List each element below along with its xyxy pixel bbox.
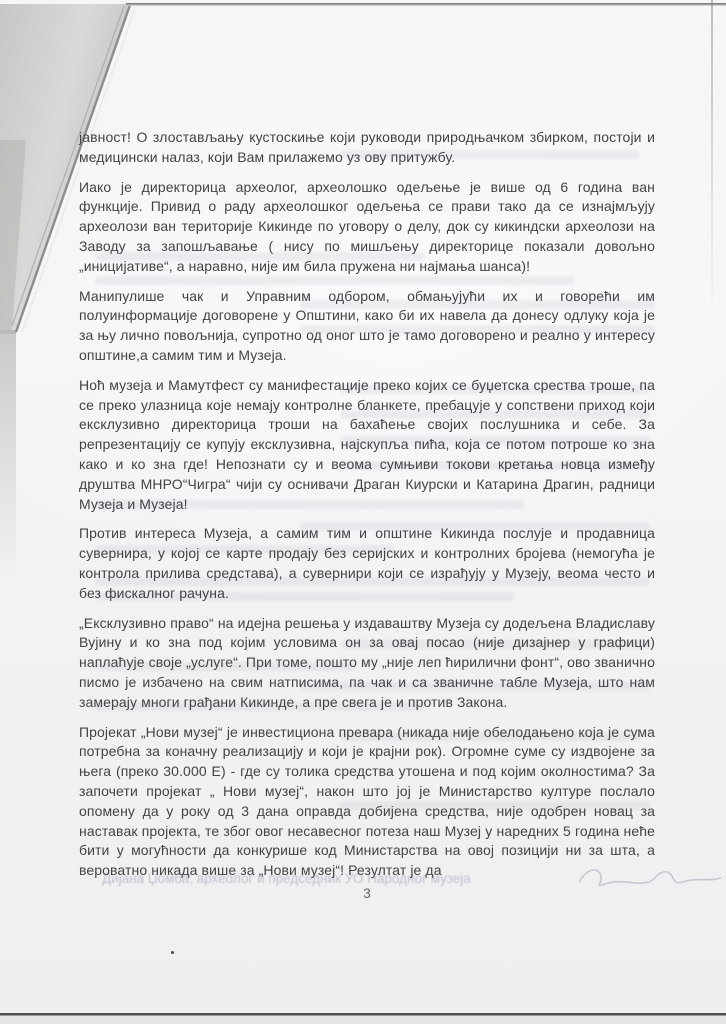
scanned-page: јавност! О злостављању кустоскиње који р… xyxy=(0,0,726,1024)
dust-speck xyxy=(171,951,174,954)
paragraph: Против интереса Музеја, а самим тим и оп… xyxy=(79,524,655,603)
page-number: 3 xyxy=(79,886,655,901)
paragraph: „Ексклузивно право“ на идејна решења у и… xyxy=(79,614,655,713)
letter-body: јавност! О злостављању кустоскиње који р… xyxy=(79,128,655,891)
paragraph: Иако је директорица археолог, археолошко… xyxy=(79,178,655,277)
paragraph: Манипулише чак и Управним одбором, обмањ… xyxy=(79,287,655,366)
paragraph: јавност! О злостављању кустоскиње који р… xyxy=(79,128,655,168)
bottom-scan-margin xyxy=(0,1016,726,1024)
paragraph: Пројекат „Нови музеј“ је инвестициона пр… xyxy=(79,723,655,881)
left-edge-shadow xyxy=(0,330,16,580)
bottom-scan-edge xyxy=(0,1013,726,1016)
top-scan-edge xyxy=(126,3,726,6)
right-scan-edge xyxy=(711,0,713,320)
paragraph: Ноћ музеја и Мамутфест су манифестације … xyxy=(79,376,655,515)
